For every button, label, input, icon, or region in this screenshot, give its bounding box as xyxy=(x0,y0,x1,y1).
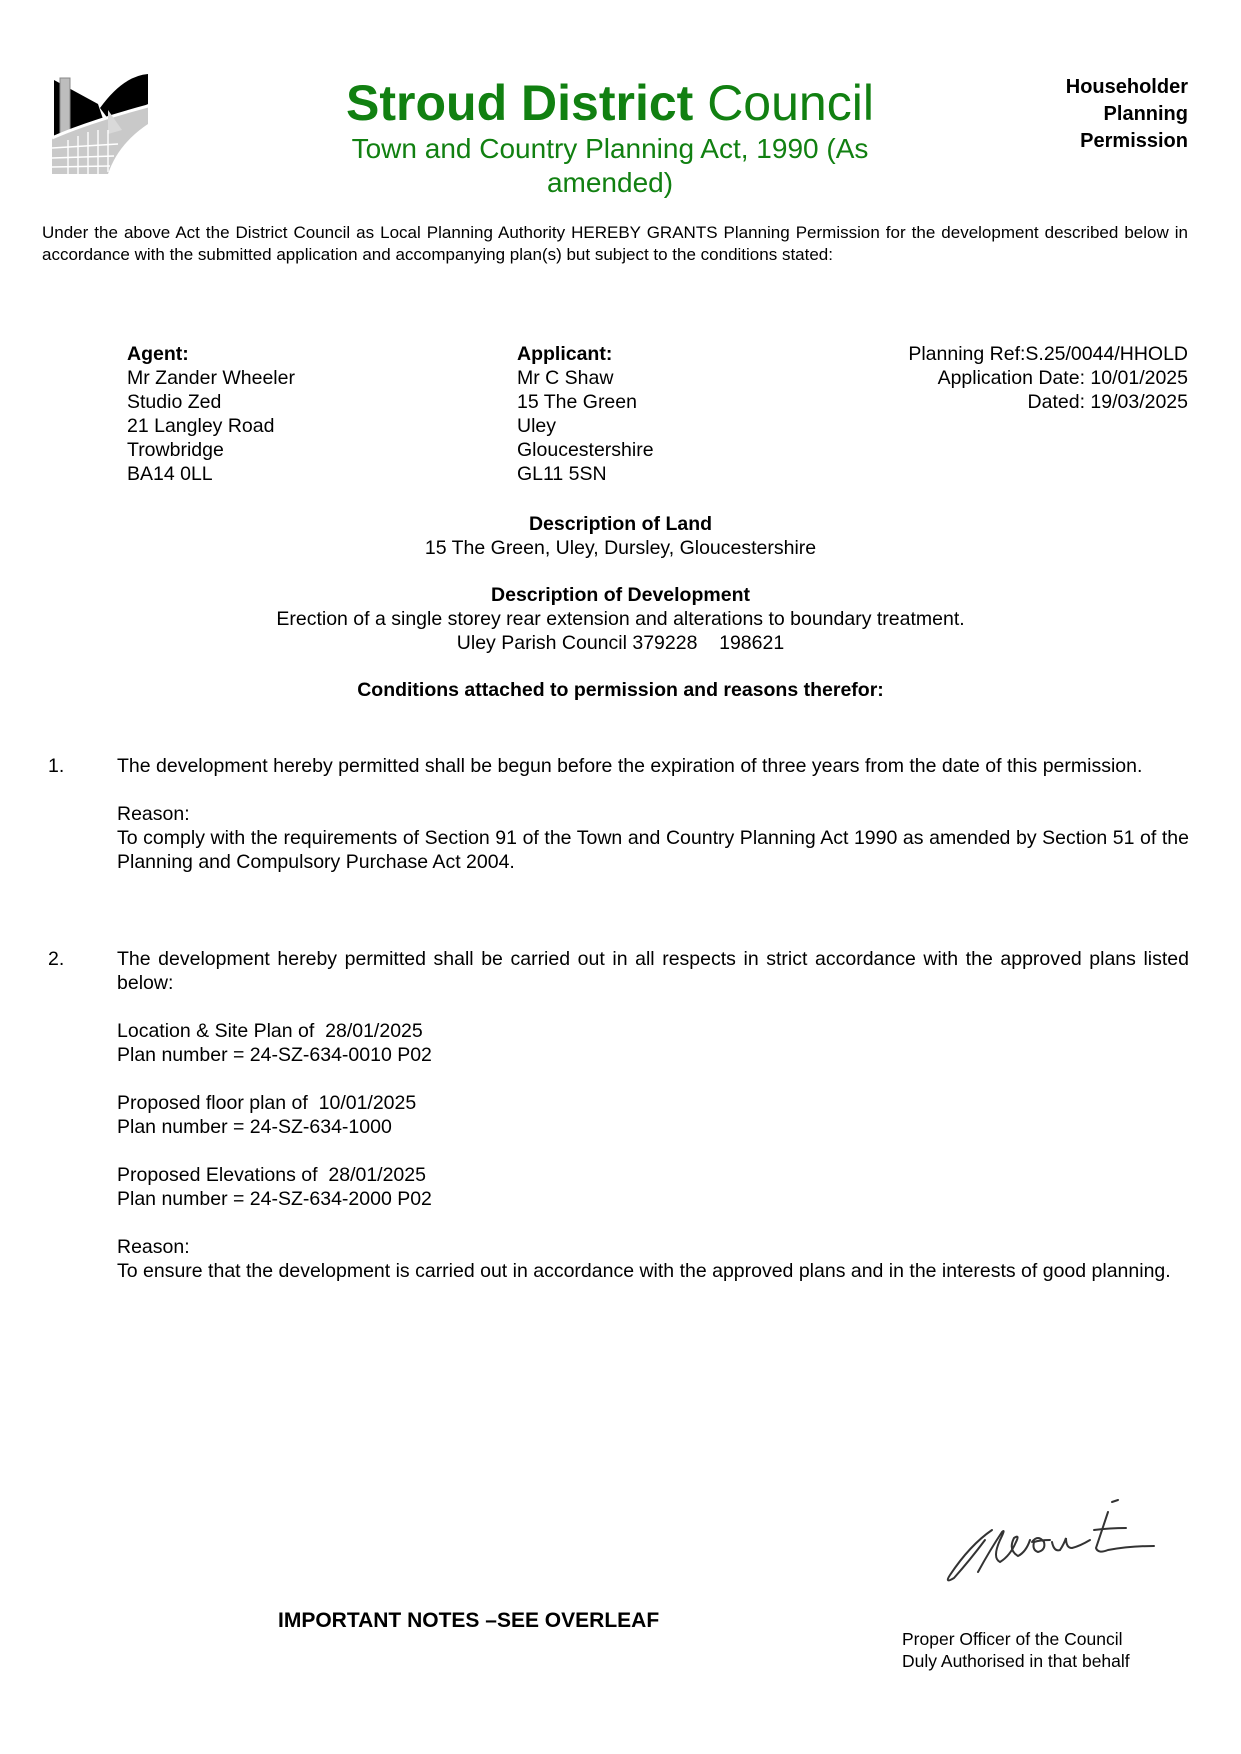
plan-title: Location & Site Plan of 28/01/2025 xyxy=(117,1019,1189,1043)
condition-text: The development hereby permitted shall b… xyxy=(117,947,1189,995)
reason-label: Reason: xyxy=(117,1235,1189,1259)
condition-number: 1. xyxy=(48,754,108,778)
reference-block: Planning Ref:S.25/0044/HHOLD Application… xyxy=(908,342,1188,414)
plan-number: Plan number = 24-SZ-634-0010 P02 xyxy=(117,1043,1189,1067)
plan-title: Proposed Elevations of 28/01/2025 xyxy=(117,1163,1189,1187)
agent-line: 21 Langley Road xyxy=(127,414,295,438)
applicant-line: Gloucestershire xyxy=(517,438,654,462)
document-type-line: Householder xyxy=(988,74,1188,101)
condition-number: 2. xyxy=(48,947,108,971)
parish-reference: Uley Parish Council 379228 198621 xyxy=(0,631,1241,655)
application-date: Application Date: 10/01/2025 xyxy=(908,366,1188,390)
plan-title: Proposed floor plan of 10/01/2025 xyxy=(117,1091,1189,1115)
officer-authority: Duly Authorised in that behalf xyxy=(902,1650,1130,1672)
condition-text: The development hereby permitted shall b… xyxy=(117,754,1189,778)
council-logo-icon xyxy=(48,74,150,174)
council-name: Stroud District Council xyxy=(300,74,920,132)
agent-line: Trowbridge xyxy=(127,438,295,462)
grant-statement: Under the above Act the District Council… xyxy=(42,222,1188,266)
signature-icon xyxy=(930,1490,1190,1590)
land-text: 15 The Green, Uley, Dursley, Gloucesters… xyxy=(0,536,1241,560)
important-notes: IMPORTANT NOTES –SEE OVERLEAF xyxy=(278,1608,659,1634)
land-heading: Description of Land xyxy=(0,512,1241,536)
applicant-heading: Applicant: xyxy=(517,342,654,366)
agent-line: Studio Zed xyxy=(127,390,295,414)
officer-title: Proper Officer of the Council xyxy=(902,1628,1130,1650)
reason-text: To ensure that the development is carrie… xyxy=(117,1259,1189,1283)
reason-text: To comply with the requirements of Secti… xyxy=(117,826,1189,874)
act-subtitle: Town and Country Planning Act, 1990 (As … xyxy=(320,132,900,200)
development-text: Erection of a single storey rear extensi… xyxy=(0,607,1241,631)
document-type-line: Planning xyxy=(988,101,1188,128)
council-name-bold: Stroud District xyxy=(346,75,693,131)
applicant-line: Uley xyxy=(517,414,654,438)
applicant-address: Applicant: Mr C Shaw 15 The Green Uley G… xyxy=(517,342,654,486)
plan-number: Plan number = 24-SZ-634-2000 P02 xyxy=(117,1187,1189,1211)
plan-number: Plan number = 24-SZ-634-1000 xyxy=(117,1115,1189,1139)
agent-line: Mr Zander Wheeler xyxy=(127,366,295,390)
document-type-line: Permission xyxy=(988,128,1188,155)
development-heading: Description of Development xyxy=(0,583,1241,607)
document-type: Householder Planning Permission xyxy=(988,74,1188,155)
agent-heading: Agent: xyxy=(127,342,295,366)
reason-label: Reason: xyxy=(117,802,1189,826)
officer-block: Proper Officer of the Council Duly Autho… xyxy=(902,1628,1130,1672)
planning-ref: Planning Ref:S.25/0044/HHOLD xyxy=(908,342,1188,366)
condition-1: 1. The development hereby permitted shal… xyxy=(48,754,1189,874)
agent-address: Agent: Mr Zander Wheeler Studio Zed 21 L… xyxy=(127,342,295,486)
applicant-line: Mr C Shaw xyxy=(517,366,654,390)
development-description: Description of Development Erection of a… xyxy=(0,583,1241,655)
council-name-regular: Council xyxy=(693,75,874,131)
decision-date: Dated: 19/03/2025 xyxy=(908,390,1188,414)
condition-2: 2. The development hereby permitted shal… xyxy=(48,947,1189,1283)
land-description: Description of Land 15 The Green, Uley, … xyxy=(0,512,1241,560)
applicant-line: GL11 5SN xyxy=(517,462,654,486)
agent-line: BA14 0LL xyxy=(127,462,295,486)
applicant-line: 15 The Green xyxy=(517,390,654,414)
conditions-heading: Conditions attached to permission and re… xyxy=(0,678,1241,702)
